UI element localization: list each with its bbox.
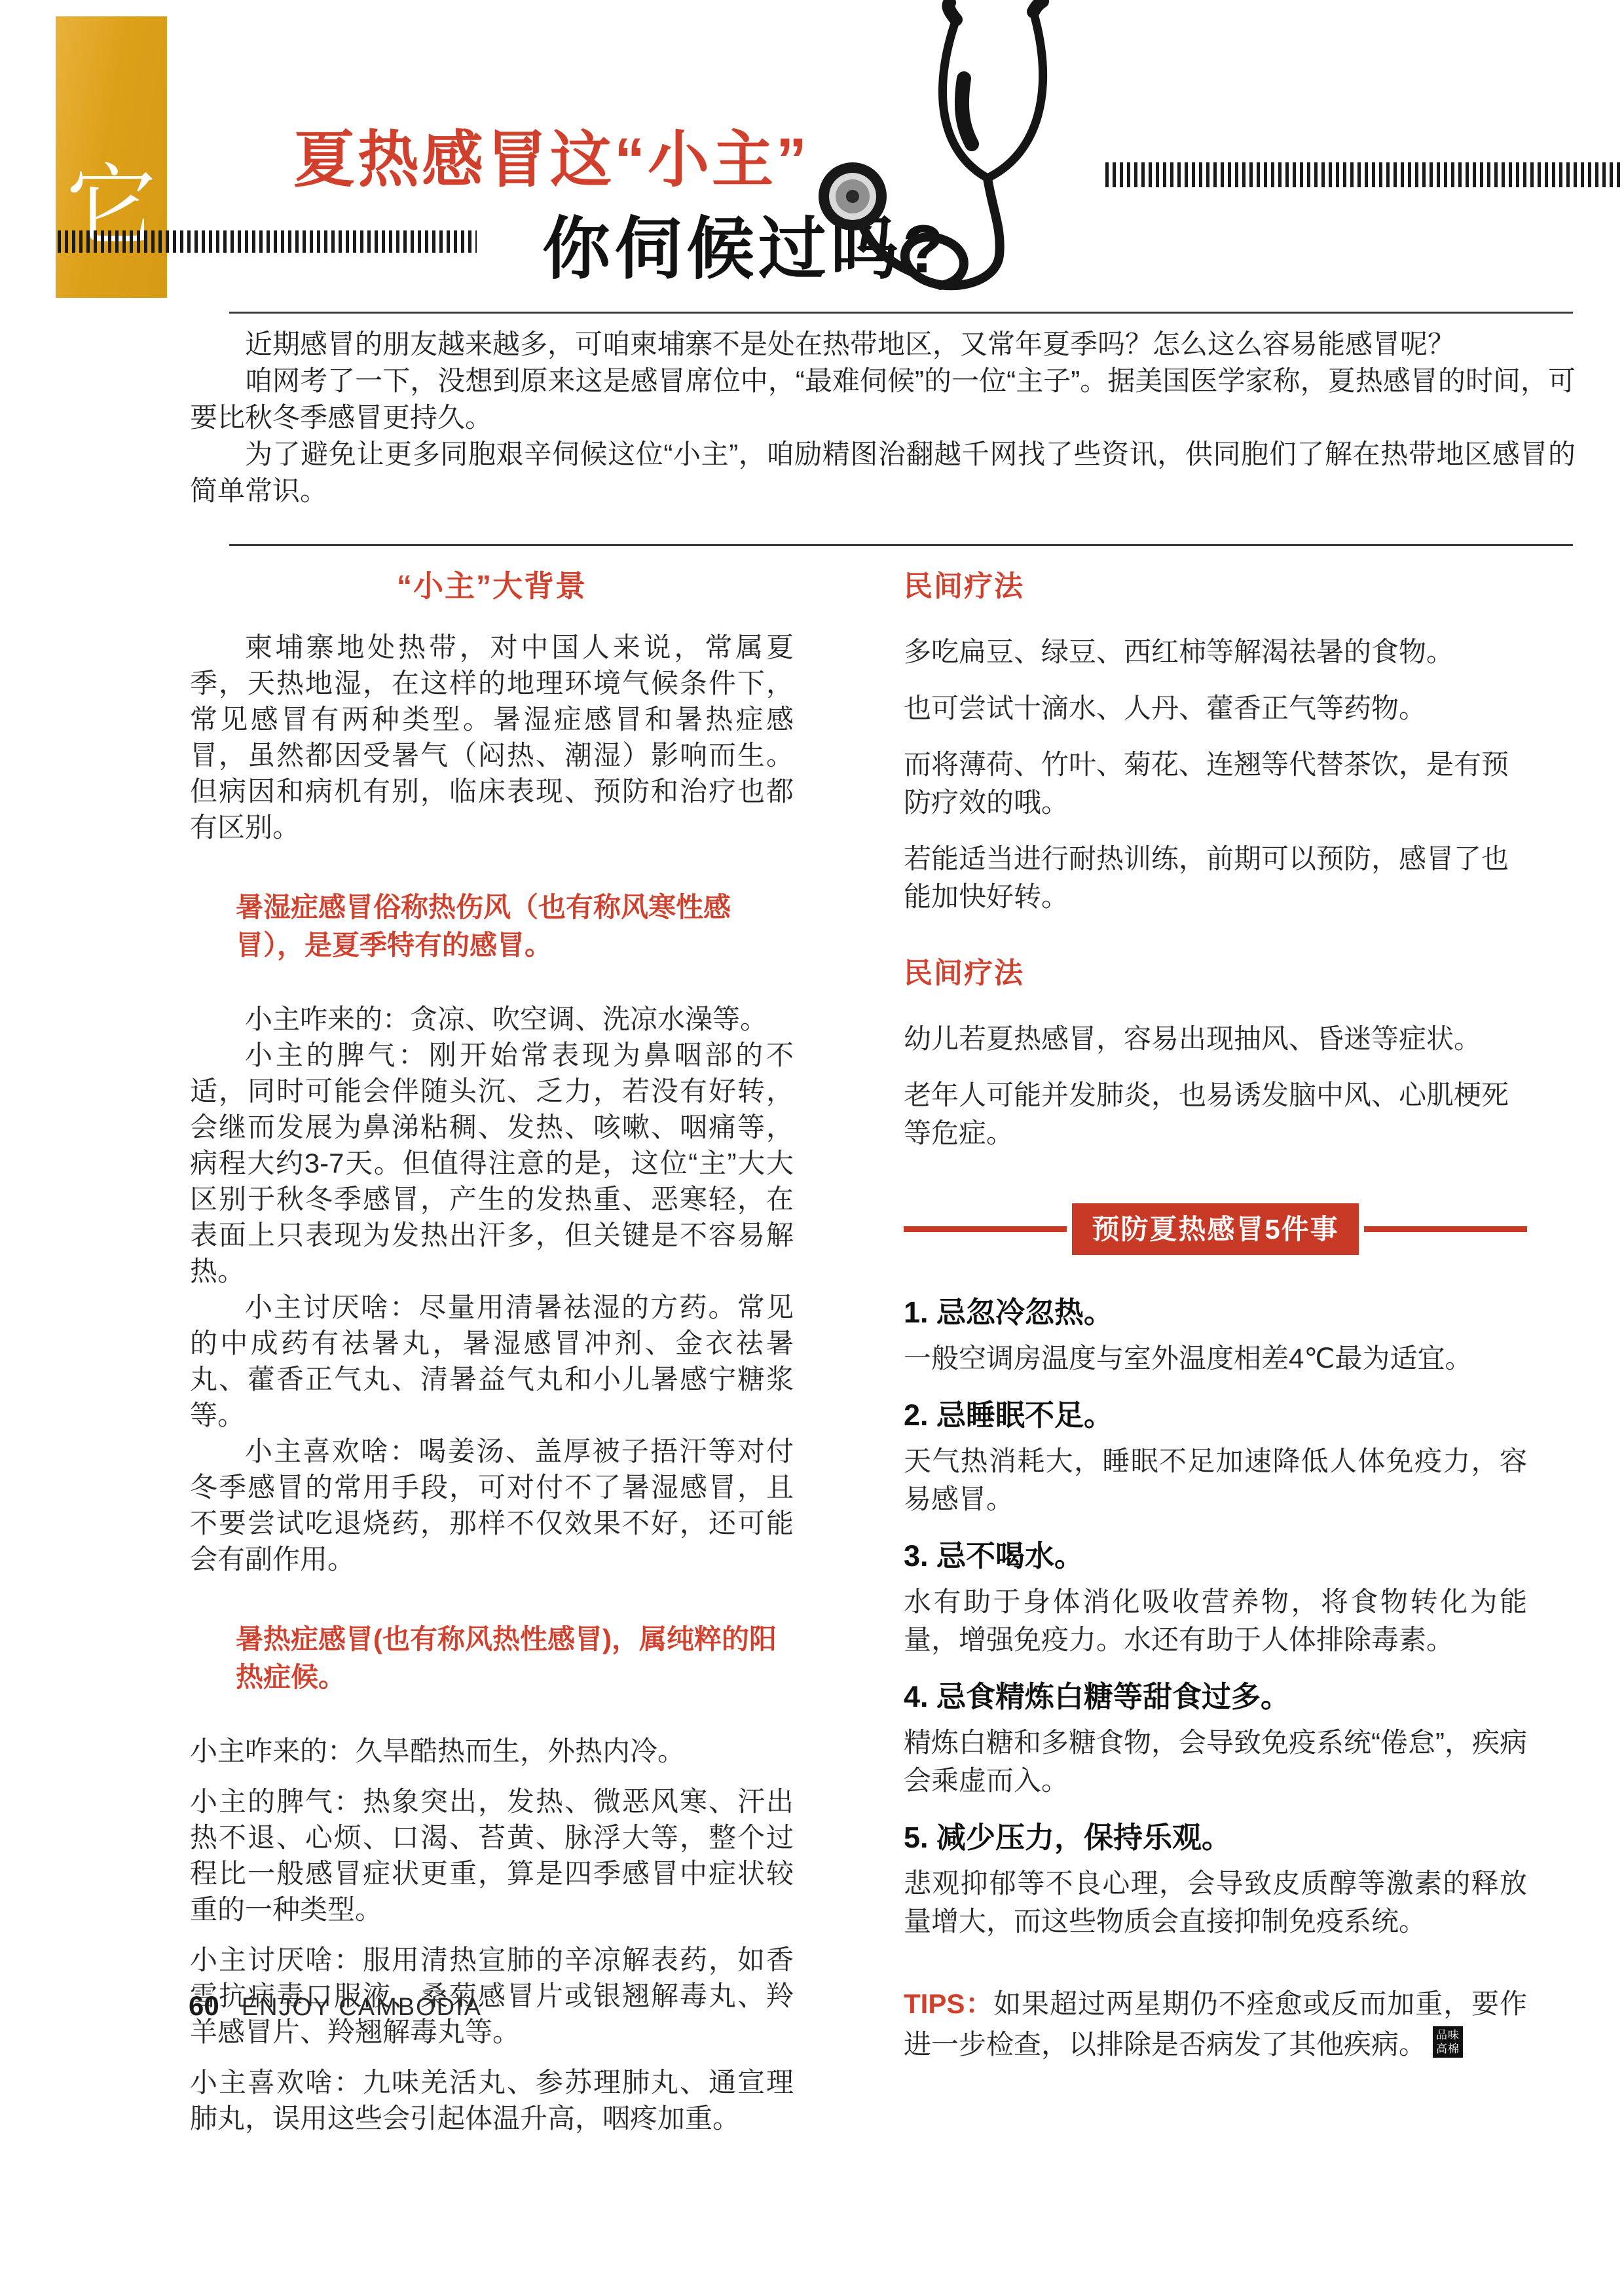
summer-heat-section: 小主咋来的：久旱酷热而生，外热内冷。 小主的脾气：热象突出，发热、微恶风寒、汗出…: [190, 1733, 794, 2136]
page-footer: 60 ENJOY CAMBODIA: [189, 1990, 482, 2022]
folk-remedy-paragraph: 若能适当进行耐热训练，前期可以预防，感冒了也能加快好转。: [904, 840, 1527, 916]
prevention-item: 1. 忌忽冷忽热。 一般空调房温度与室外温度相差4℃最为适宜。: [904, 1294, 1527, 1377]
summer-heat-paragraph: 小主喜欢啥：九味羌活丸、参苏理肺丸、通宣理肺丸，误用这些会引起体温升高，咽疼加重…: [190, 2064, 794, 2136]
folk-remedy-paragraph: 幼儿若夏热感冒，容易出现抽风、昏迷等症状。: [904, 1020, 1527, 1058]
folk-remedy-paragraph: 老年人可能并发肺炎，也易诱发脑中风、心肌梗死等危症。: [904, 1076, 1527, 1152]
intro-paragraph: 近期感冒的朋友越来越多，可咱柬埔寨不是处在热带地区，又常年夏季吗？怎么这么容易能…: [190, 326, 1576, 363]
damp-heat-paragraph: 小主咋来的：贪凉、吹空调、洗凉水澡等。: [190, 1001, 794, 1037]
intro-rule-top: [229, 312, 1573, 314]
right-column: 民间疗法 多吃扁豆、绿豆、西红柿等解渴祛暑的食物。 也可尝试十滴水、人丹、藿香正…: [904, 568, 1527, 2065]
damp-heat-paragraph: 小主的脾气：刚开始常表现为鼻咽部的不适，同时可能会伴随头沉、乏力，若没有好转，会…: [190, 1037, 794, 1289]
intro-paragraph: 为了避免让更多同胞艰辛伺候这位“小主”，咱励精图治翻越千网找了些资讯，供同胞们了…: [190, 436, 1576, 509]
banner-line-right: [1364, 1226, 1527, 1232]
subheading-damp-heat-cold: 暑湿症感冒俗称热伤风（也有称风寒性感冒），是夏季特有的感冒。: [236, 888, 794, 964]
damp-heat-paragraph: 小主讨厌啥：尽量用清暑祛湿的方药。常见的中成药有祛暑丸，暑湿感冒冲剂、金衣祛暑丸…: [190, 1289, 794, 1433]
prevention-item-title: 3. 忌不喝水。: [904, 1538, 1527, 1574]
stethoscope-illustration: [753, 0, 1120, 291]
folk-remedies-section-2: 民间疗法 幼儿若夏热感冒，容易出现抽风、昏迷等症状。 老年人可能并发肺炎，也易诱…: [904, 955, 1527, 1152]
prevention-item-body: 精炼白糖和多糖食物，会导致免疫系统“倦怠”，疾病会乘虚而入。: [904, 1724, 1527, 1800]
tips-note: TIPS：如果超过两星期仍不痊愈或反而加重，要作进一步检查，以排除是否病发了其他…: [904, 1984, 1527, 2065]
prevention-item: 3. 忌不喝水。 水有助于身体消化吸收营养物，将食物转化为能量，增强免疫力。水还…: [904, 1538, 1527, 1659]
prevention-item-title: 2. 忌睡眠不足。: [904, 1397, 1527, 1433]
folk-remedy-paragraph: 而将薄荷、竹叶、菊花、连翘等代替茶饮，是有预防疗效的哦。: [904, 746, 1527, 822]
prevention-item-body: 天气热消耗大，睡眠不足加速降低人体免疫力，容易感冒。: [904, 1442, 1527, 1518]
summer-heat-paragraph: 小主咋来的：久旱酷热而生，外热内冷。: [190, 1733, 794, 1769]
dash-divider-right: [1105, 162, 1624, 187]
prevention-item-title: 4. 忌食精炼白糖等甜食过多。: [904, 1679, 1527, 1715]
background-paragraph: 柬埔寨地处热带，对中国人来说，常属夏季，天热地湿，在这样的地理环境气候条件下，常…: [190, 629, 794, 845]
folk-remedy-paragraph: 也可尝试十滴水、人丹、藿香正气等药物。: [904, 689, 1527, 727]
damp-heat-paragraph: 小主喜欢啥：喝姜汤、盖厚被子捂汗等对付冬季感冒的常用手段，可对付不了暑湿感冒，且…: [190, 1433, 794, 1577]
magazine-page: { "header": { "sidebar_char": "它", "titl…: [0, 0, 1624, 2296]
article-title-red: 夏热感冒这“小主”: [293, 110, 809, 198]
prevention-item-body: 水有助于身体消化吸收营养物，将食物转化为能量，增强免疫力。水还有助于人体排除毒素…: [904, 1583, 1527, 1659]
banner-title: 预防夏热感冒5件事: [1072, 1203, 1358, 1255]
prevention-banner: 预防夏热感冒5件事: [904, 1203, 1527, 1255]
magazine-seal: 品味高棉: [1433, 2026, 1463, 2058]
section-heading-background: “小主”大背景: [190, 568, 794, 604]
page-number: 60: [189, 1990, 219, 2022]
intro-paragraph: 咱网考了一下，没想到原来这是感冒席位中，“最难伺候”的一位“主子”。据美国医学家…: [190, 363, 1576, 436]
magazine-name: ENJOY CAMBODIA: [242, 1994, 482, 2022]
folk-remedies-section-1: 民间疗法 多吃扁豆、绿豆、西红柿等解渴祛暑的食物。 也可尝试十滴水、人丹、藿香正…: [904, 568, 1527, 916]
sidebar-yellow-bar: 它: [56, 16, 167, 298]
section-heading-folk-remedies-1: 民间疗法: [904, 568, 1527, 604]
summer-heat-paragraph: 小主的脾气：热象突出，发热、微恶风寒、汗出热不退、心烦、口渴、苔黄、脉浮大等，整…: [190, 1783, 794, 1927]
folk-remedy-paragraph: 多吃扁豆、绿豆、西红柿等解渴祛暑的食物。: [904, 633, 1527, 671]
prevention-item: 4. 忌食精炼白糖等甜食过多。 精炼白糖和多糖食物，会导致免疫系统“倦怠”，疾病…: [904, 1679, 1527, 1800]
prevention-item-title: 5. 减少压力，保持乐观。: [904, 1819, 1527, 1855]
prevention-item: 5. 减少压力，保持乐观。 悲观抑郁等不良心理，会导致皮质醇等激素的释放量增大，…: [904, 1819, 1527, 1941]
section-heading-folk-remedies-2: 民间疗法: [904, 955, 1527, 991]
dash-divider-left: [58, 230, 477, 253]
prevention-item-body: 悲观抑郁等不良心理，会导致皮质醇等激素的释放量增大，而这些物质会直接抑制免疫系统…: [904, 1865, 1527, 1941]
prevention-item-title: 1. 忌忽冷忽热。: [904, 1294, 1527, 1330]
left-column: “小主”大背景 柬埔寨地处热带，对中国人来说，常属夏季，天热地湿，在这样的地理环…: [190, 568, 794, 2151]
prevention-item: 2. 忌睡眠不足。 天气热消耗大，睡眠不足加速降低人体免疫力，容易感冒。: [904, 1397, 1527, 1518]
prevention-item-body: 一般空调房温度与室外温度相差4℃最为适宜。: [904, 1339, 1527, 1377]
intro-rule-bottom: [229, 544, 1573, 546]
tips-label: TIPS：: [904, 1988, 993, 2019]
subheading-summer-heat-cold: 暑热症感冒(也有称风热性感冒)，属纯粹的阳热症候。: [236, 1620, 794, 1696]
intro-block: 近期感冒的朋友越来越多，可咱柬埔寨不是处在热带地区，又常年夏季吗？怎么这么容易能…: [190, 326, 1576, 509]
banner-line-left: [904, 1226, 1067, 1232]
